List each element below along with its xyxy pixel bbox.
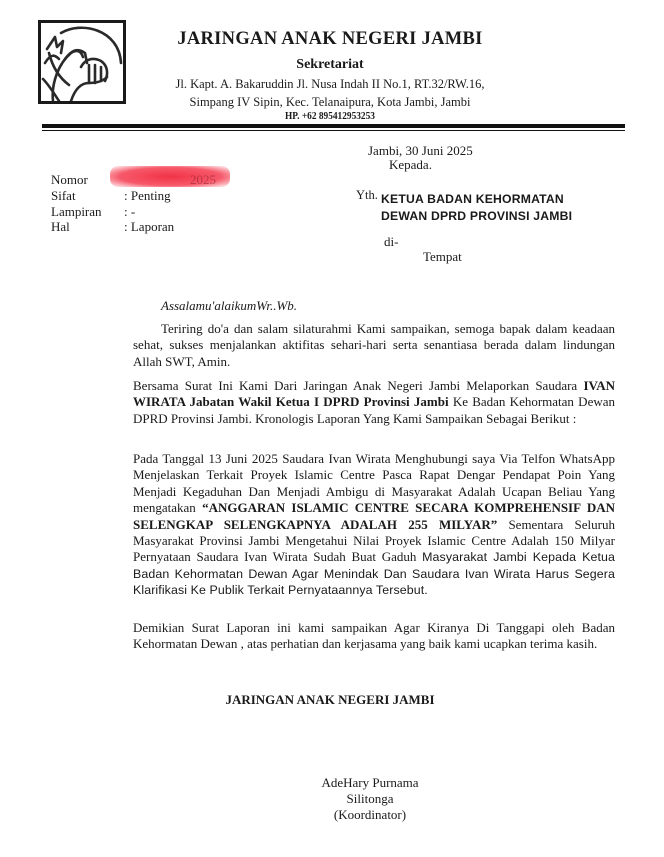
address-line-1: Jl. Kapt. A. Bakaruddin Jl. Nusa Indah I…: [130, 75, 530, 93]
para2-text-a: Bersama Surat Ini Kami Dari Jaringan Ana…: [133, 378, 583, 393]
sifat-label: Sifat: [51, 188, 124, 204]
header-rule-thin: [42, 130, 625, 131]
recipient-line-2: DEWAN DPRD PROVINSI JAMBI: [381, 208, 572, 225]
paragraph-opening: Teriring do'a dan salam silaturahmi Kami…: [133, 321, 615, 370]
paragraph-chronology: Pada Tanggal 13 Juni 2025 Saudara Ivan W…: [133, 451, 615, 599]
hal-label: Hal: [51, 219, 124, 235]
kepada-label: Kepada.: [389, 157, 432, 173]
phone-number: HP. +62 895412953253: [160, 110, 500, 122]
lampiran-value: : -: [124, 204, 135, 219]
signatory: AdeHary Purnama Silitonga (Koordinator): [290, 775, 450, 823]
header-rule-thick: [42, 124, 625, 128]
hal-value: : Laporan: [124, 219, 174, 234]
meta-lampiran: Lampiran: -: [51, 204, 135, 220]
signatory-role: (Koordinator): [290, 807, 450, 823]
organization-logo: [38, 20, 126, 104]
tempat-label: Tempat: [423, 249, 462, 265]
di-label: di-: [384, 234, 398, 250]
signature-organization: JARINGAN ANAK NEGERI JAMBI: [130, 692, 530, 708]
lampiran-label: Lampiran: [51, 204, 124, 220]
paragraph-report-subject: Bersama Surat Ini Kami Dari Jaringan Ana…: [133, 378, 615, 427]
organization-name: JARINGAN ANAK NEGERI JAMBI: [130, 29, 530, 50]
sifat-value: : Penting: [124, 188, 171, 203]
meta-sifat: Sifat: Penting: [51, 188, 171, 204]
paragraph-closing: Demikian Surat Laporan ini kami sampaika…: [133, 620, 615, 653]
signatory-name-line-2: Silitonga: [290, 791, 450, 807]
signatory-name-line-1: AdeHary Purnama: [290, 775, 450, 791]
greeting: Assalamu'alaikumWr..Wb.: [161, 298, 297, 314]
recipient: KETUA BADAN KEHORMATAN DEWAN DPRD PROVIN…: [381, 191, 572, 225]
address: Jl. Kapt. A. Bakaruddin Jl. Nusa Indah I…: [130, 75, 530, 111]
meta-hal: Hal: Laporan: [51, 219, 174, 235]
section-name: Sekretariat: [130, 57, 530, 73]
address-line-2: Simpang IV Sipin, Kec. Telanaipura, Kota…: [130, 93, 530, 111]
recipient-line-1: KETUA BADAN KEHORMATAN: [381, 191, 572, 208]
nomor-value-partial: 2025: [190, 172, 216, 188]
yth-label: Yth.: [356, 188, 378, 203]
hands-holding-logo-icon: [41, 23, 123, 101]
